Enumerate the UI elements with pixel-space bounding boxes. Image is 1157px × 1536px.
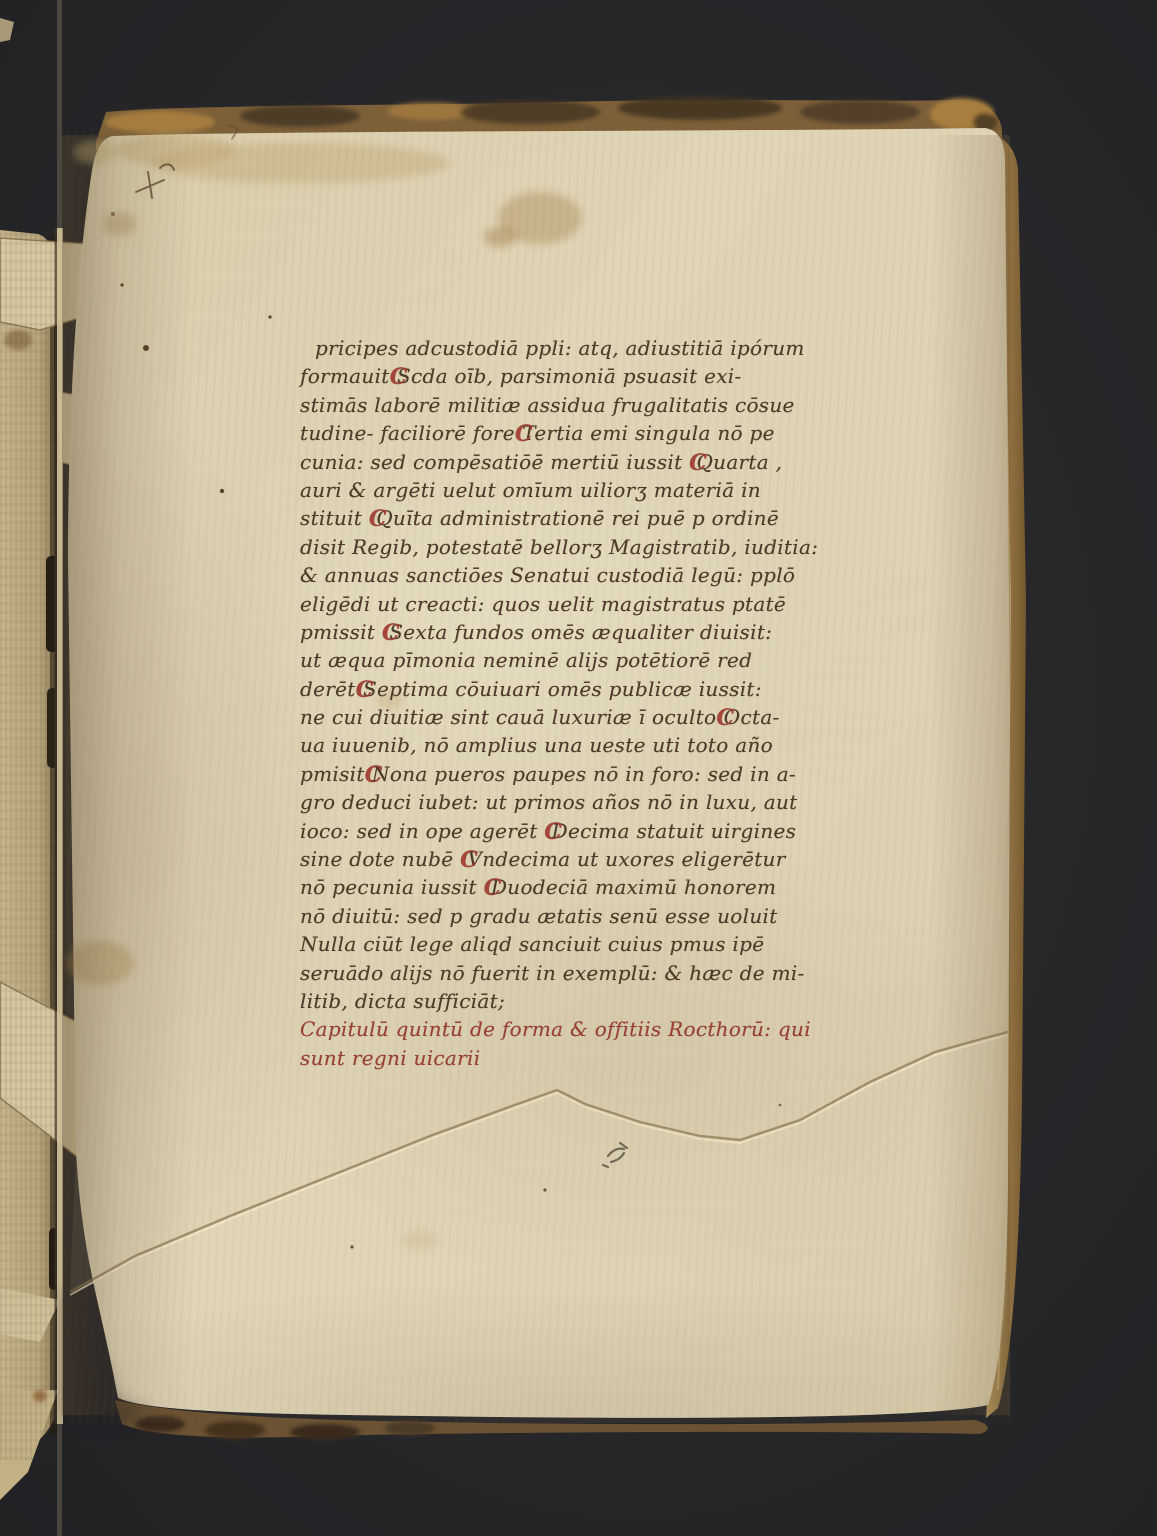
text-segment: Sexta fundos omēs æqualiter diuisit: [389,620,772,644]
text-segment: eligēdi ut creacti: quos uelit magistrat… [300,592,786,616]
rubric-line: sunt regni uicarii [300,1044,805,1072]
paraph-mark: C [544,819,562,845]
text-segment: nō pecunia iussit [300,875,484,899]
text-segment: Decima statuit uirgines [552,819,797,843]
text-line: eligēdi ut creacti: quos uelit magistrat… [300,590,805,618]
text-segment: formauit [300,364,390,388]
paraph-mark: C [484,875,502,901]
text-line: ua iuuenib, nō amplius una ueste uti tot… [300,731,805,759]
text-segment: gro deduci iubet: ut primos años nō in l… [300,790,798,814]
text-segment: Nona pueros paupes nō in foro: sed in a- [372,762,796,786]
paraph-mark: C [460,847,478,873]
paraph-mark: C [382,620,400,646]
text-segment: Nulla ciūt lege aliqd sanciuit cuius pmu… [300,932,764,956]
text-segment: stituit [300,506,369,530]
text-segment: Duodeciā maximū honorem [491,875,776,899]
rubric-line: Capitulū quintū de forma & offitiis Roct… [300,1015,805,1043]
text-line: stimās laborē militiæ assidua frugalitat… [300,391,805,419]
text-line: sine dote nubē CVndecima ut uxores elige… [300,845,805,873]
text-segment: seruādo alijs nō fuerit in exemplū: & hæ… [300,961,805,985]
text-line: ne cui diuitiæ sint cauā luxuriæ ī ocult… [300,703,805,731]
text-segment: ua iuuenib, nō amplius una ueste uti tot… [300,733,773,757]
text-segment: sine dote nubē [300,847,460,871]
text-segment: Tertia emi singula nō pe [522,421,774,445]
text-segment: derēt [300,677,356,701]
paraph-mark: C [369,506,387,532]
text-segment: ne cui diuitiæ sint cauā luxuriæ ī ocult… [300,705,716,729]
text-segment: cunia: sed compēsatiōē mertiū iussit [300,450,689,474]
text-line: pmissit CSexta fundos omēs æqualiter diu… [300,618,805,646]
text-segment: pmissit [300,620,382,644]
paraph-mark: C [689,450,707,476]
text-line: gro deduci iubet: ut primos años nō in l… [300,788,805,816]
text-line: cunia: sed compēsatiōē mertiū iussit CQu… [300,448,805,476]
text-segment: Quarta , [696,450,782,474]
text-line: ioco: sed in ope agerēt CDecima statuit … [300,817,805,845]
text-segment: & annuas sanctiōes Senatui custodiā legū… [300,563,795,587]
text-line: seruādo alijs nō fuerit in exemplū: & hæ… [300,959,805,987]
rubric-text: sunt regni uicarii [300,1046,480,1070]
paraph-mark: C [515,421,533,447]
text-line: litib, dicta sufficiāt; [300,987,805,1015]
text-line: nō diuitū: sed p gradu ætatis senū esse … [300,902,805,930]
text-line: formauitCScda oīb, parsimoniā psuasit ex… [300,362,805,390]
spine-board [0,230,56,1458]
photo-frame: pricipes adcustodiā ppli: atq, adiustiti… [0,0,1157,1536]
paraph-mark: C [390,364,408,390]
text-segment: nō diuitū: sed p gradu ætatis senū esse … [300,904,778,928]
text-line: disit Regib, potestatē bellorʒ Magistrat… [300,533,805,561]
text-segment: ut æqua pīmonia neminē alijs potētiorē r… [300,648,752,672]
text-line: pricipes adcustodiā ppli: atq, adiustiti… [300,334,805,362]
text-segment: Quīta administrationē rei puē p ordinē [376,506,779,530]
rubric-text: Capitulū quintū de forma & offitiis Roct… [300,1017,811,1041]
text-line: Nulla ciūt lege aliqd sanciuit cuius pmu… [300,930,805,958]
text-segment: litib, dicta sufficiāt; [300,989,505,1013]
text-segment: disit Regib, potestatē bellorʒ Magistrat… [300,535,818,559]
text-segment: ioco: sed in ope agerēt [300,819,544,843]
paraph-mark: C [365,762,383,788]
text-segment: stimās laborē militiæ assidua frugalitat… [300,393,795,417]
text-segment: pmisit [300,762,365,786]
spine-cord [55,0,64,1536]
text-line: derētCSeptima cōuiuari omēs publicæ iuss… [300,675,805,703]
text-segment: pricipes adcustodiā ppli: atq, adiustiti… [315,336,805,360]
text-segment: Vndecima ut uxores eligerētur [467,847,785,871]
text-line: stituit CQuīta administrationē rei puē p… [300,504,805,532]
paraph-mark: C [356,677,374,703]
text-segment: auri & argēti uelut omīum uiliorʒ materi… [300,478,761,502]
spine-bottom-wedge [0,1390,58,1500]
text-segment: tudine- faciliorē fore [300,421,515,445]
text-segment: Scda oīb, parsimoniā psuasit exi- [397,364,742,388]
text-line: pmisitCNona pueros paupes nō in foro: se… [300,760,805,788]
text-line: & annuas sanctiōes Senatui custodiā legū… [300,561,805,589]
text-line: auri & argēti uelut omīum uiliorʒ materi… [300,476,805,504]
text-segment: Septima cōuiuari omēs publicæ iussit: [363,677,762,701]
text-line: ut æqua pīmonia neminē alijs potētiorē r… [300,646,805,674]
text-line: nō pecunia iussit CDuodeciā maximū honor… [300,873,805,901]
text-line: tudine- faciliorē foreCTertia emi singul… [300,419,805,447]
manuscript-text-block: pricipes adcustodiā ppli: atq, adiustiti… [300,334,805,1072]
paraph-mark: C [716,705,734,731]
